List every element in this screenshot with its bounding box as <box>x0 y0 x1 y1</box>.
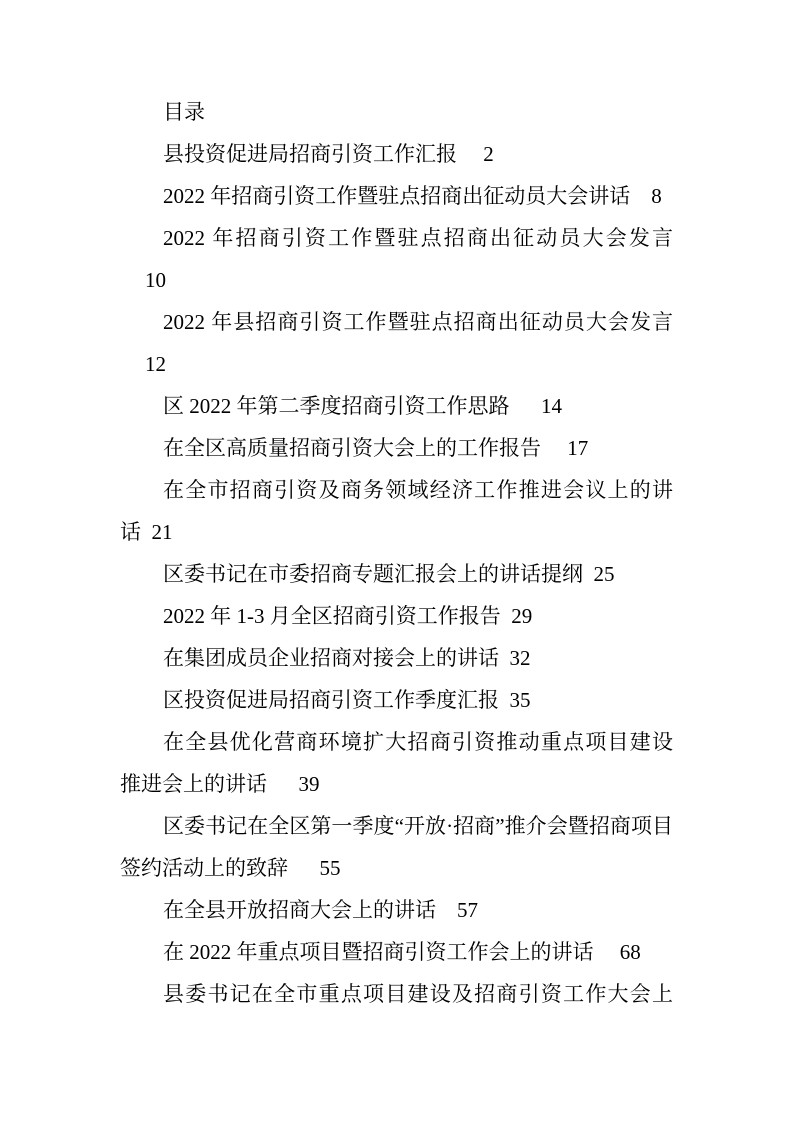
toc-line: 区委书记在全区第一季度“开放·招商”推介会暨招商项目 <box>120 805 673 847</box>
toc-line: 2022 年招商引资工作暨驻点招商出征动员大会讲话 8 <box>120 175 673 217</box>
toc-line: 2022 年招商引资工作暨驻点招商出征动员大会发言 <box>120 217 673 259</box>
toc-line: 区投资促进局招商引资工作季度汇报 35 <box>120 679 673 721</box>
toc-line: 区 2022 年第二季度招商引资工作思路 14 <box>120 385 673 427</box>
toc-line: 在 2022 年重点项目暨招商引资工作会上的讲话 68 <box>120 931 673 973</box>
table-of-contents: 目录县投资促进局招商引资工作汇报 22022 年招商引资工作暨驻点招商出征动员大… <box>120 91 673 1015</box>
toc-line: 话 21 <box>120 511 673 553</box>
toc-line: 在集团成员企业招商对接会上的讲话 32 <box>120 637 673 679</box>
toc-line: 在全县优化营商环境扩大招商引资推动重点项目建设 <box>120 721 673 763</box>
toc-line: 县投资促进局招商引资工作汇报 2 <box>120 133 673 175</box>
toc-line: 2022 年 1-3 月全区招商引资工作报告 29 <box>120 595 673 637</box>
toc-line: 12 <box>120 343 673 385</box>
document-page: 目录县投资促进局招商引资工作汇报 22022 年招商引资工作暨驻点招商出征动员大… <box>0 0 793 1122</box>
toc-line: 在全县开放招商大会上的讲话 57 <box>120 889 673 931</box>
toc-line: 2022 年县招商引资工作暨驻点招商出征动员大会发言 <box>120 301 673 343</box>
toc-line: 区委书记在市委招商专题汇报会上的讲话提纲 25 <box>120 553 673 595</box>
toc-title: 目录 <box>120 91 673 133</box>
toc-line: 在全区高质量招商引资大会上的工作报告 17 <box>120 427 673 469</box>
toc-line: 县委书记在全市重点项目建设及招商引资工作大会上 <box>120 973 673 1015</box>
toc-line: 在全市招商引资及商务领域经济工作推进会议上的讲 <box>120 469 673 511</box>
toc-line: 推进会上的讲话 39 <box>120 763 673 805</box>
toc-line: 10 <box>120 259 673 301</box>
toc-line: 签约活动上的致辞 55 <box>120 847 673 889</box>
